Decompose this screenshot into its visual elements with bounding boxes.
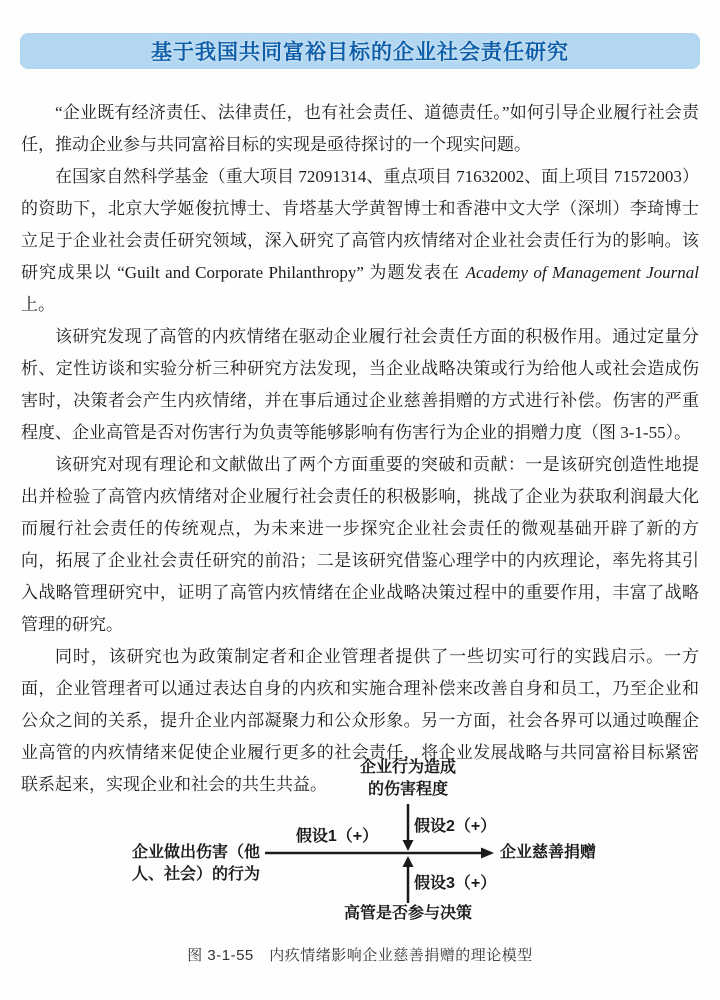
- article-body: “企业既有经济责任、法律责任，也有社会责任、道德责任。”如何引导企业履行社会责任…: [21, 97, 699, 801]
- funding-text-end: 上。: [21, 295, 55, 314]
- hypothesis-1-label: 假设1（+）: [296, 826, 378, 848]
- figure-caption: 图 3-1-55 内疚情绪影响企业慈善捐赠的理论模型: [0, 944, 720, 965]
- journal-name: Academy of Management Journal: [466, 263, 699, 282]
- paragraph-contributions: 该研究对现有理论和文献做出了两个方面重要的突破和贡献：一是该研究创造性地提出并检…: [21, 449, 699, 641]
- page-title: 基于我国共同富裕目标的企业社会责任研究: [151, 36, 569, 66]
- theoretical-model-figure: 企业行为造成 的伤害程度 企业做出伤害（他 人、社会）的行为 企业慈善捐赠 高管…: [0, 750, 720, 935]
- node-harm-degree: 企业行为造成 的伤害程度: [360, 757, 456, 801]
- node-philanthropy: 企业慈善捐赠: [500, 842, 596, 864]
- paragraph-findings: 该研究发现了高管的内疚情绪在驱动企业履行社会责任方面的积极作用。通过定量分析、定…: [21, 321, 699, 449]
- paragraph-intro: “企业既有经济责任、法律责任，也有社会责任、道德责任。”如何引导企业履行社会责任…: [21, 97, 699, 161]
- funding-text-mid: 为题发表在: [364, 263, 466, 282]
- moderator-arrow-down: [403, 804, 414, 851]
- hypothesis-2-label: 假设2（+）: [414, 816, 496, 838]
- node-harmful-behavior-line2: 人、社会）的行为: [132, 864, 260, 886]
- node-harmful-behavior: 企业做出伤害（他 人、社会）的行为: [132, 842, 260, 886]
- document-page: 基于我国共同富裕目标的企业社会责任研究 “企业既有经济责任、法律责任，也有社会责…: [0, 0, 720, 1000]
- title-banner: 基于我国共同富裕目标的企业社会责任研究: [20, 33, 700, 69]
- article-title-quote: “Guilt and Corporate Philanthropy”: [117, 263, 364, 282]
- node-harm-degree-line2: 的伤害程度: [360, 779, 456, 801]
- node-harmful-behavior-line1: 企业做出伤害（他: [132, 842, 260, 864]
- hypothesis-3-label: 假设3（+）: [414, 873, 496, 895]
- moderator-arrow-up: [403, 856, 414, 903]
- node-executive-decision: 高管是否参与决策: [344, 903, 472, 925]
- paragraph-funding: 在国家自然科学基金（重大项目 72091314、重点项目 71632002、面上…: [21, 161, 699, 321]
- node-harm-degree-line1: 企业行为造成: [360, 757, 456, 779]
- causal-arrow: [265, 848, 494, 859]
